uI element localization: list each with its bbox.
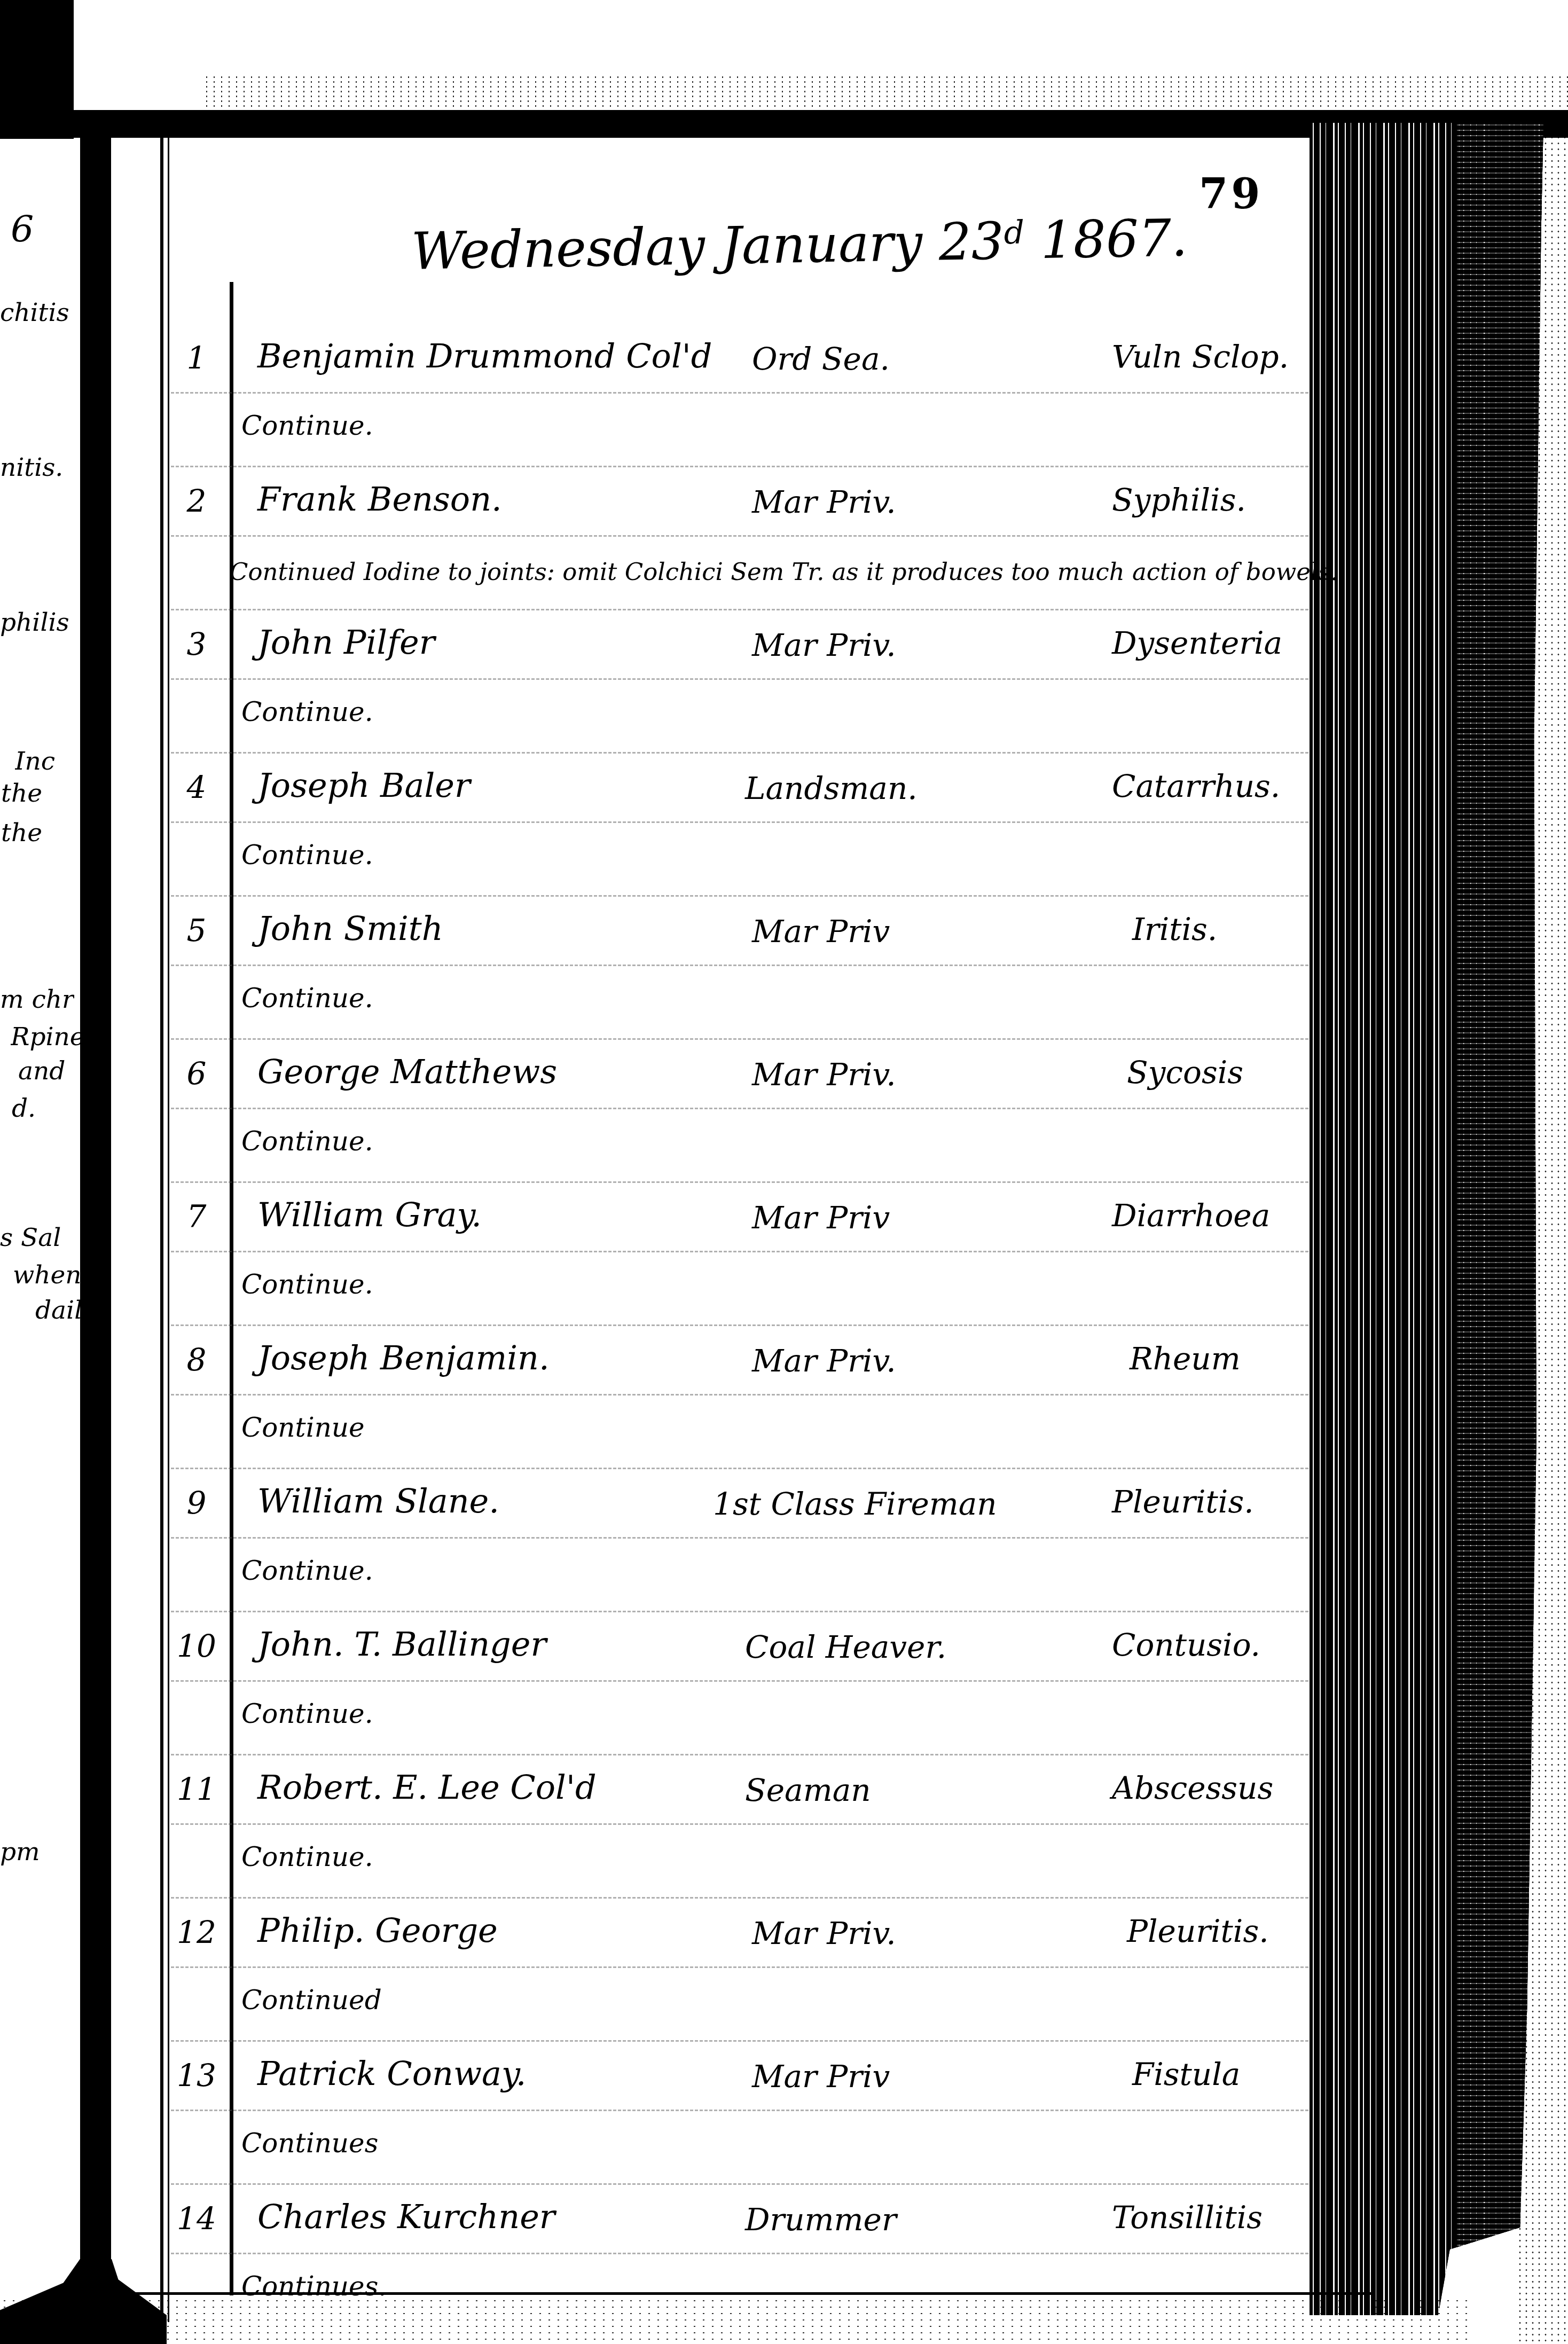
diagnosis-label: Tonsillitis — [1112, 2199, 1263, 2236]
patient-name: Benjamin Drummond Col'd — [257, 336, 712, 375]
diagnosis-label: Vuln Sclop. — [1112, 339, 1289, 375]
patient-rating: Mar Priv — [752, 2058, 890, 2095]
treatment-note: Continue — [241, 1412, 365, 1443]
entry-number: 14 — [170, 2200, 223, 2237]
entry-number: 9 — [170, 1485, 223, 1521]
ledger-rule — [171, 1823, 1308, 1825]
diagnosis-label: Syphilis. — [1112, 482, 1246, 518]
diagnosis-label: Pleuritis. — [1112, 1484, 1254, 1520]
diagnosis-label: Diarrhoea — [1112, 1197, 1270, 1234]
ledger-entry-row: 14 Charles Kurchner Drummer Tonsillitis … — [0, 2197, 1568, 2340]
patient-name: John Pilfer — [257, 623, 435, 662]
ledger-rule — [171, 965, 1308, 966]
ledger-rule — [171, 1038, 1308, 1040]
patient-rating: Seaman — [745, 1772, 871, 1808]
treatment-note: Continue. — [241, 983, 373, 1014]
patient-rating: Mar Priv. — [752, 1915, 896, 1951]
ledger-rule — [171, 1324, 1308, 1326]
patient-name: Philip. George — [257, 1911, 498, 1950]
entry-number: 8 — [170, 1342, 223, 1378]
ledger-entry-row: 6 George Matthews Mar Priv. Sycosis Cont… — [0, 1052, 1568, 1195]
date-heading-year: 1867. — [1024, 208, 1188, 270]
ledger-rule — [171, 1468, 1308, 1469]
date-heading-ordinal: d — [1003, 214, 1025, 252]
ledger-rule — [171, 752, 1308, 754]
ledger-entry-row: 3 John Pilfer Mar Priv. Dysenteria Conti… — [0, 623, 1568, 766]
patient-name: Joseph Baler — [257, 766, 471, 805]
ledger-rule — [171, 466, 1308, 467]
ledger-rule — [171, 2040, 1308, 2042]
diagnosis-label: Pleuritis. — [1127, 1913, 1269, 1949]
patient-rating: 1st Class Fireman — [713, 1486, 997, 1522]
ledger-rule — [171, 609, 1308, 610]
diagnosis-label: Abscessus — [1112, 1770, 1273, 1806]
ledger-entry-row: 4 Joseph Baler Landsman. Catarrhus. Cont… — [0, 766, 1568, 909]
patient-rating: Mar Priv. — [752, 627, 896, 663]
scan-top-noise-texture — [203, 75, 1568, 110]
ledger-rule — [171, 1966, 1308, 1968]
diagnosis-label: Rheum — [1130, 1340, 1241, 1377]
ledger-rule — [171, 1537, 1308, 1539]
ledger-rule — [171, 1394, 1308, 1396]
diagnosis-label: Contusio. — [1112, 1627, 1260, 1663]
patient-name: William Gray. — [257, 1195, 482, 1234]
patient-rating: Mar Priv. — [752, 1056, 896, 1093]
treatment-note: Continue. — [241, 696, 373, 727]
treatment-note: Continue. — [241, 1698, 373, 1729]
diagnosis-label: Sycosis — [1127, 1054, 1243, 1091]
ledger-rule — [171, 821, 1308, 823]
ledger-rule — [171, 1754, 1308, 1755]
ledger-entry-row: 7 William Gray. Mar Priv Diarrhoea Conti… — [0, 1195, 1568, 1338]
diagnosis-label: Catarrhus. — [1112, 768, 1280, 804]
ledger-entry-row: 9 William Slane. 1st Class Fireman Pleur… — [0, 1481, 1568, 1625]
patient-name: Frank Benson. — [257, 480, 502, 519]
treatment-note: Continue. — [241, 1841, 373, 1872]
entry-number: 3 — [170, 626, 223, 662]
date-heading: Wednesday January 23d 1867. — [411, 208, 1188, 281]
patient-name: Patrick Conway. — [257, 2054, 527, 2093]
ledger-rule — [171, 678, 1308, 680]
treatment-note: Continues — [241, 2128, 378, 2159]
treatment-note: Continue. — [241, 410, 373, 441]
ledger-rule — [171, 392, 1308, 394]
entry-number: 1 — [170, 340, 223, 376]
ledger-entry-row: 1 Benjamin Drummond Col'd Ord Sea. Vuln … — [0, 336, 1568, 480]
entry-number: 5 — [170, 912, 223, 948]
ledger-entry-row: 10 John. T. Ballinger Coal Heaver. Contu… — [0, 1625, 1568, 1768]
patient-name: John. T. Ballinger — [257, 1625, 546, 1664]
patient-rating: Coal Heaver. — [745, 1629, 946, 1665]
patient-rating: Mar Priv — [752, 913, 890, 950]
patient-rating: Ord Sea. — [752, 341, 890, 377]
entry-number: 2 — [170, 483, 223, 519]
date-heading-main: Wednesday January 23 — [411, 211, 1005, 281]
ledger-rule — [171, 2183, 1308, 2185]
patient-name: William Slane. — [257, 1481, 499, 1520]
patient-name: Charles Kurchner — [257, 2197, 555, 2236]
diagnosis-label: Fistula — [1132, 2056, 1240, 2092]
ledger-entry-row: 5 John Smith Mar Priv Iritis. Continue. — [0, 909, 1568, 1052]
left-page-fragment: chitis — [0, 298, 69, 327]
diagnosis-label: Iritis. — [1132, 911, 1217, 947]
patient-name: John Smith — [257, 909, 443, 948]
patient-name: Joseph Benjamin. — [257, 1338, 550, 1377]
entry-number: 10 — [170, 1628, 223, 1664]
ledger-entry-row: 2 Frank Benson. Mar Priv. Syphilis. Cont… — [0, 480, 1568, 623]
ledger-entry-row: 11 Robert. E. Lee Col'd Seaman Abscessus… — [0, 1768, 1568, 1911]
page-number: 79 — [1199, 170, 1264, 218]
treatment-note: Continues. — [241, 2271, 387, 2302]
ledger-entry-row: 12 Philip. George Mar Priv. Pleuritis. C… — [0, 1911, 1568, 2054]
ledger-rule — [171, 1897, 1308, 1899]
ledger-entry-row: 8 Joseph Benjamin. Mar Priv. Rheum Conti… — [0, 1338, 1568, 1481]
patient-name: Robert. E. Lee Col'd — [257, 1768, 597, 1807]
patient-name: George Matthews — [257, 1052, 557, 1091]
ledger-rule — [171, 1680, 1308, 1682]
patient-rating: Landsman. — [745, 770, 918, 806]
entry-number: 13 — [170, 2057, 223, 2094]
entry-number: 12 — [170, 1914, 223, 1950]
ledger-rule — [171, 1611, 1308, 1612]
patient-rating: Mar Priv. — [752, 484, 896, 520]
ledger-rule — [171, 2253, 1308, 2254]
ledger-rule — [171, 1108, 1308, 1109]
entry-number: 4 — [170, 769, 223, 805]
patient-rating: Mar Priv. — [752, 1343, 896, 1379]
ledger-rule — [171, 895, 1308, 897]
left-page-fragment: 6 — [11, 208, 34, 250]
ledger-scan-page: 6 chitis nitis. philis Inc the the m chr… — [0, 0, 1568, 2344]
treatment-note: Continue. — [241, 1555, 373, 1586]
patient-rating: Mar Priv — [752, 1200, 890, 1236]
entry-number: 7 — [170, 1198, 223, 1235]
treatment-note: Continued — [241, 1985, 382, 2016]
treatment-note: Continue. — [241, 840, 373, 871]
entry-number: 6 — [170, 1055, 223, 1092]
treatment-note: Continued Iodine to joints: omit Colchic… — [230, 558, 1338, 586]
treatment-note: Continue. — [241, 1269, 373, 1300]
ledger-entry-row: 13 Patrick Conway. Mar Priv Fistula Cont… — [0, 2054, 1568, 2197]
ledger-rule — [171, 1251, 1308, 1252]
ledger-rule — [171, 2110, 1308, 2111]
ledger-rule — [171, 1181, 1308, 1183]
ledger-rule — [171, 535, 1308, 537]
entry-number: 11 — [170, 1771, 223, 1807]
treatment-note: Continue. — [241, 1126, 373, 1157]
diagnosis-label: Dysenteria — [1112, 625, 1282, 661]
patient-rating: Drummer — [745, 2201, 897, 2238]
